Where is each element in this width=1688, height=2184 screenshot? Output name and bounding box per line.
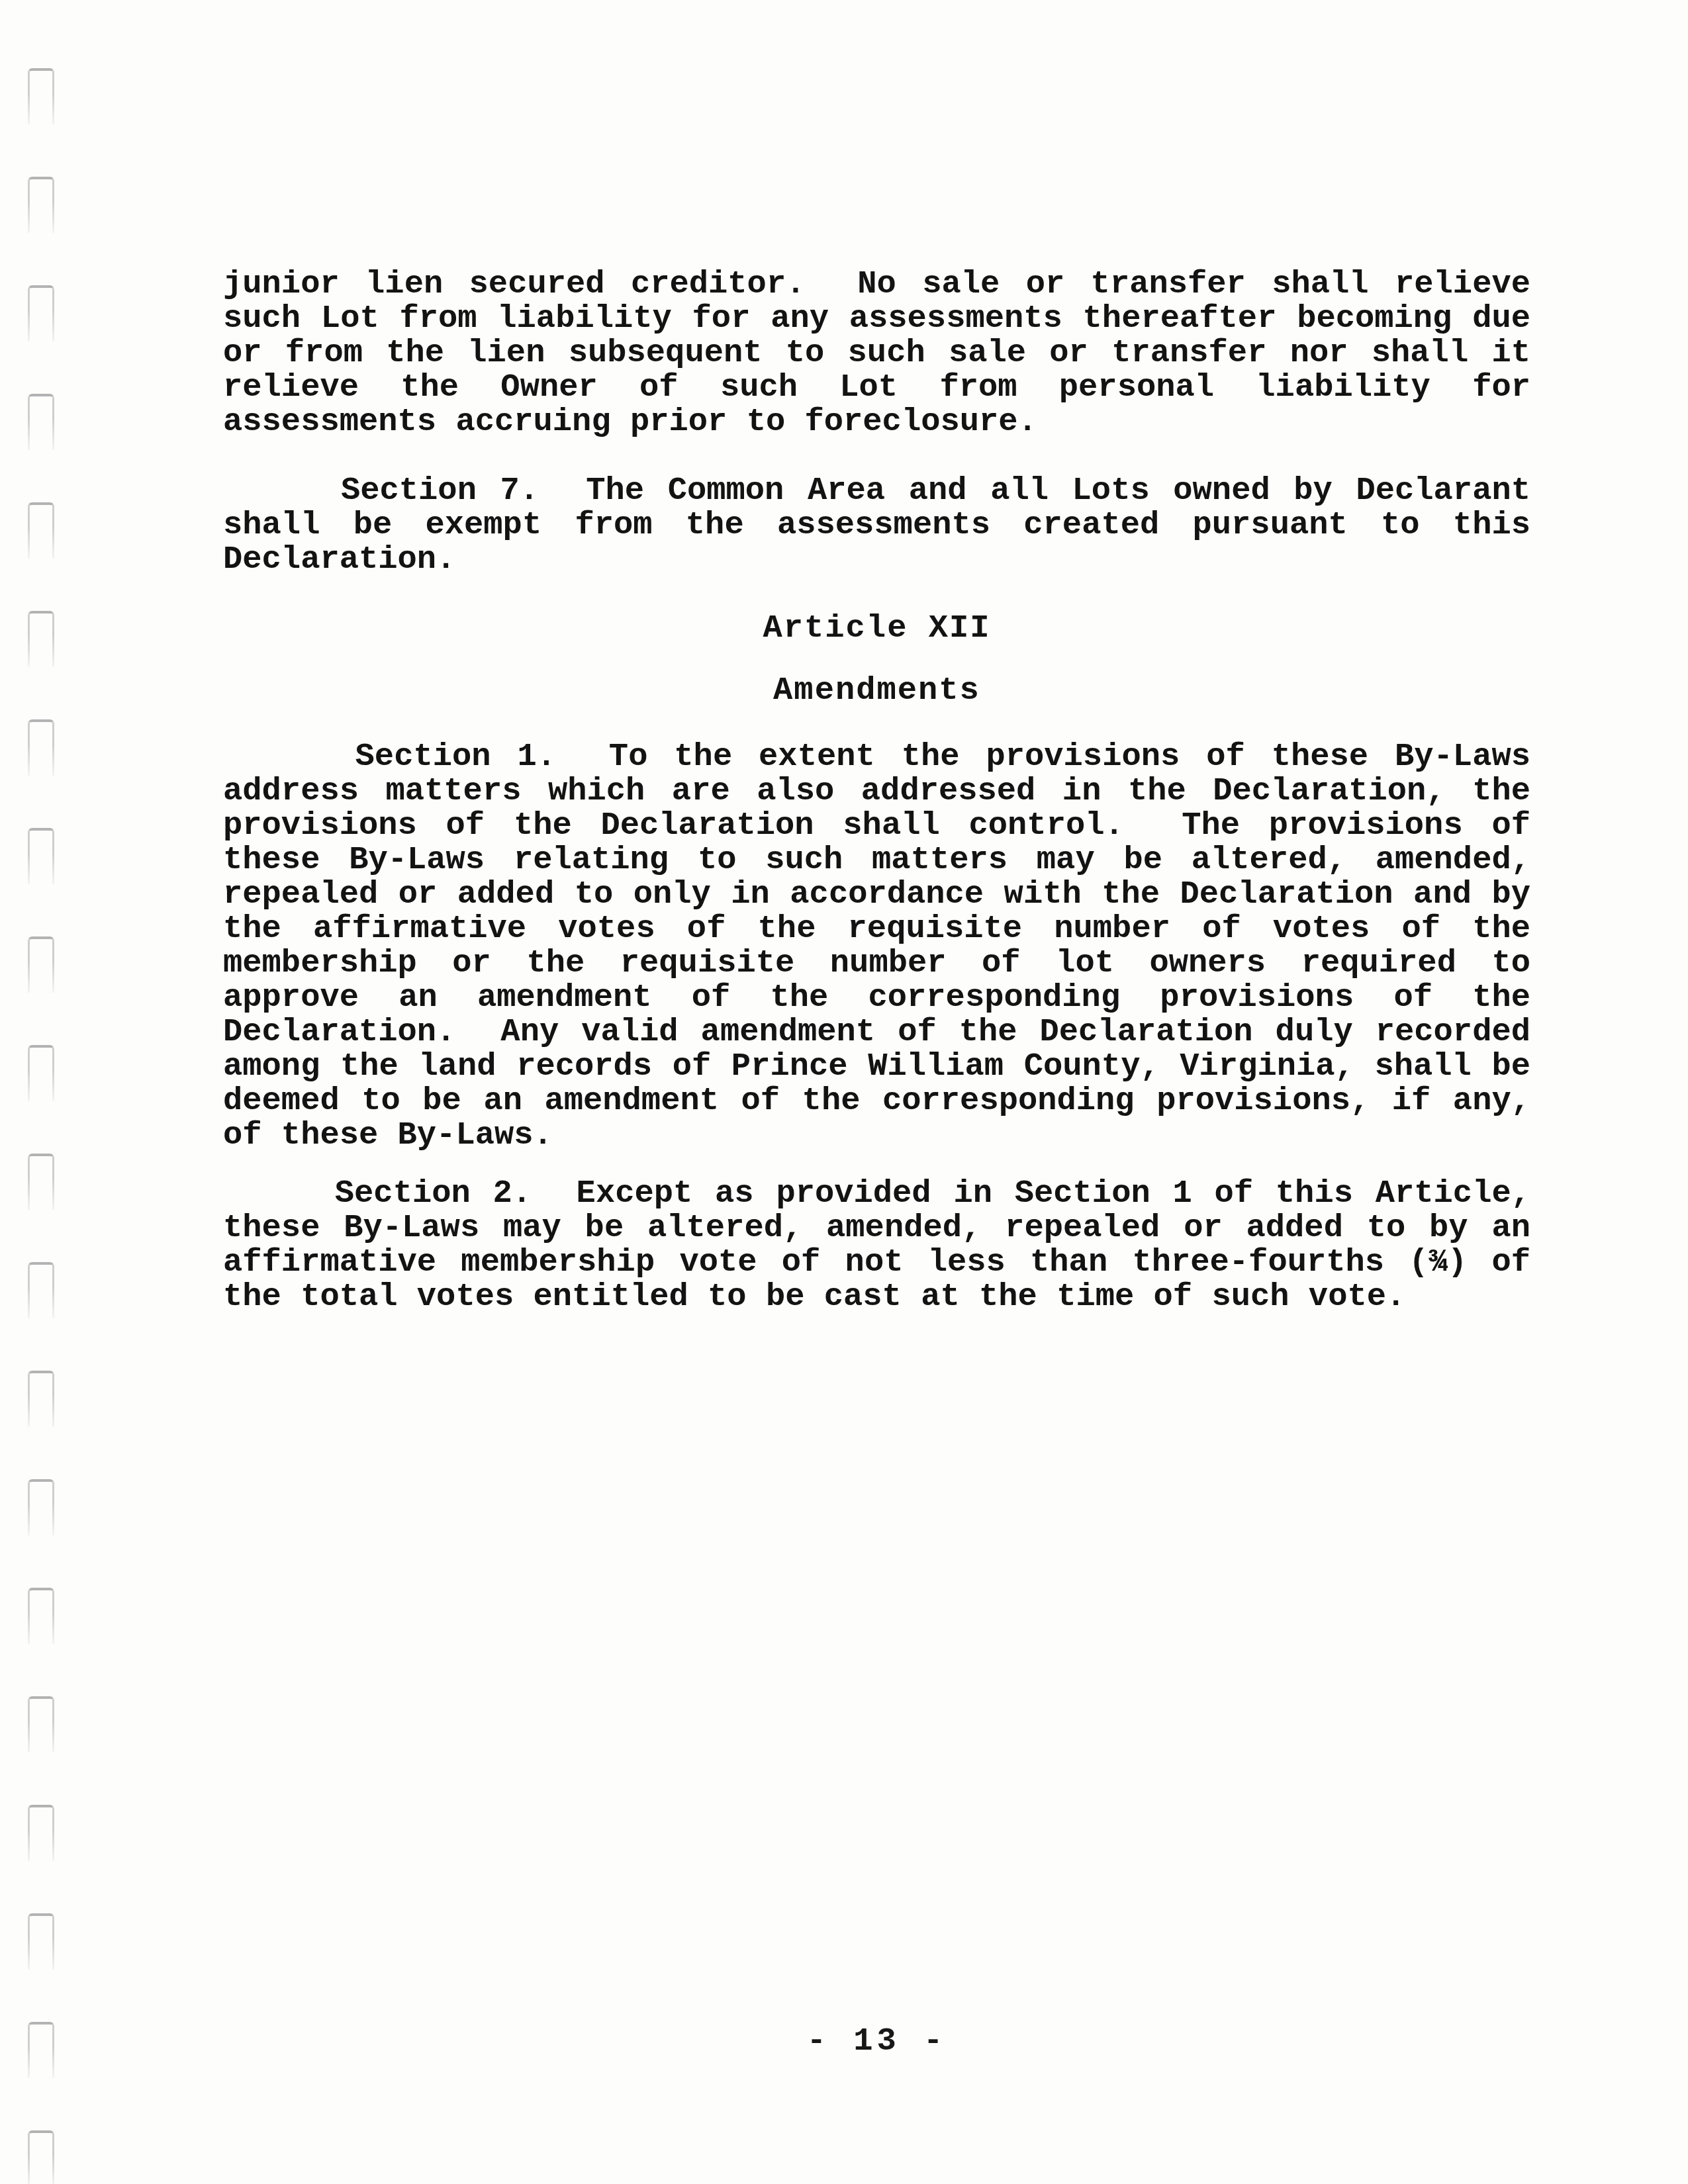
- binding-hole: [28, 394, 54, 450]
- binding-hole: [28, 611, 54, 667]
- binding-hole: [28, 285, 54, 341]
- binding-hole: [28, 1696, 54, 1752]
- binding-hole: [28, 1154, 54, 1210]
- binding-hole: [28, 936, 54, 993]
- binding-hole: [28, 1805, 54, 1861]
- binding-hole: [28, 1913, 54, 1970]
- binding-hole: [28, 177, 54, 233]
- binding-holes: [28, 68, 54, 2184]
- page-number: - 13 -: [223, 2024, 1530, 2058]
- page-content: junior lien secured creditor. No sale or…: [223, 267, 1530, 1348]
- document-page: junior lien secured creditor. No sale or…: [0, 0, 1688, 2184]
- binding-hole: [28, 1045, 54, 1101]
- paragraph-section-1: Section 1. To the extent the provisions …: [223, 739, 1530, 1152]
- article-subheading: Amendments: [223, 673, 1530, 707]
- paragraph-continuation: junior lien secured creditor. No sale or…: [223, 267, 1530, 439]
- binding-hole: [28, 828, 54, 884]
- binding-hole: [28, 1262, 54, 1318]
- article-heading: Article XII: [223, 611, 1530, 645]
- binding-hole: [28, 502, 54, 559]
- binding-hole: [28, 2022, 54, 2078]
- binding-hole: [28, 1479, 54, 1535]
- paragraph-section-2: Section 2. Except as provided in Section…: [223, 1176, 1530, 1314]
- binding-hole: [28, 719, 54, 776]
- binding-hole: [28, 68, 54, 124]
- binding-hole: [28, 1371, 54, 1427]
- paragraph-section-7: Section 7. The Common Area and all Lots …: [223, 473, 1530, 576]
- binding-hole: [28, 1588, 54, 1644]
- binding-hole: [28, 2130, 54, 2184]
